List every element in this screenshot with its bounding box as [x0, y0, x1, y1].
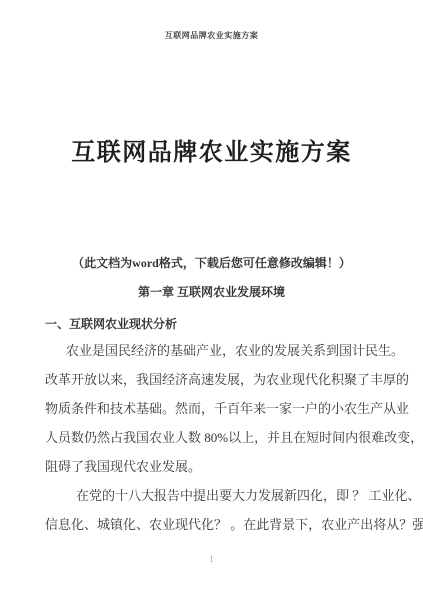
body-line: 在党的十八大报告中提出要大力发展新四化，即 ？ 工业化、: [45, 487, 387, 516]
document-page: 互联网品牌农业实施方案 互联网品牌农业实施方案 （此文档为word格式，下载后您…: [0, 0, 423, 600]
body-line: 农业是国民经济的基础产业，农业的发展关系到国计民生。: [45, 342, 387, 371]
body-text: 农业是国民经济的基础产业，农业的发展关系到国计民生。 改革开放以来，我国经济高速…: [45, 342, 387, 545]
body-line: 阻碍了我国现代农业发展。: [45, 458, 387, 487]
body-line: 人员数仍然占我国农业人数 80%以上，并且在短时间内很难改变， 这严重: [45, 429, 387, 458]
body-line: 信息化、城镇化、农业现代化？ 。在此背景下，农业产出将从？强 调数: [45, 516, 387, 545]
body-line: 改革开放以来，我国经济高速发展，为农业现代化积聚了丰厚的: [45, 371, 387, 400]
body-line: 物质条件和技术基础。然而，千百年来一家一户的小农生产从业: [45, 400, 387, 429]
document-title: 互联网品牌农业实施方案: [0, 132, 423, 167]
section-heading: 一、互联网农业现状分析: [45, 315, 177, 332]
page-number: 1: [0, 554, 423, 564]
chapter-heading: 第一章 互联网农业发展环境: [0, 283, 423, 300]
running-header: 互联网品牌农业实施方案: [0, 30, 423, 41]
editable-note: （此文档为word格式，下载后您可任意修改编辑！）: [0, 254, 423, 271]
